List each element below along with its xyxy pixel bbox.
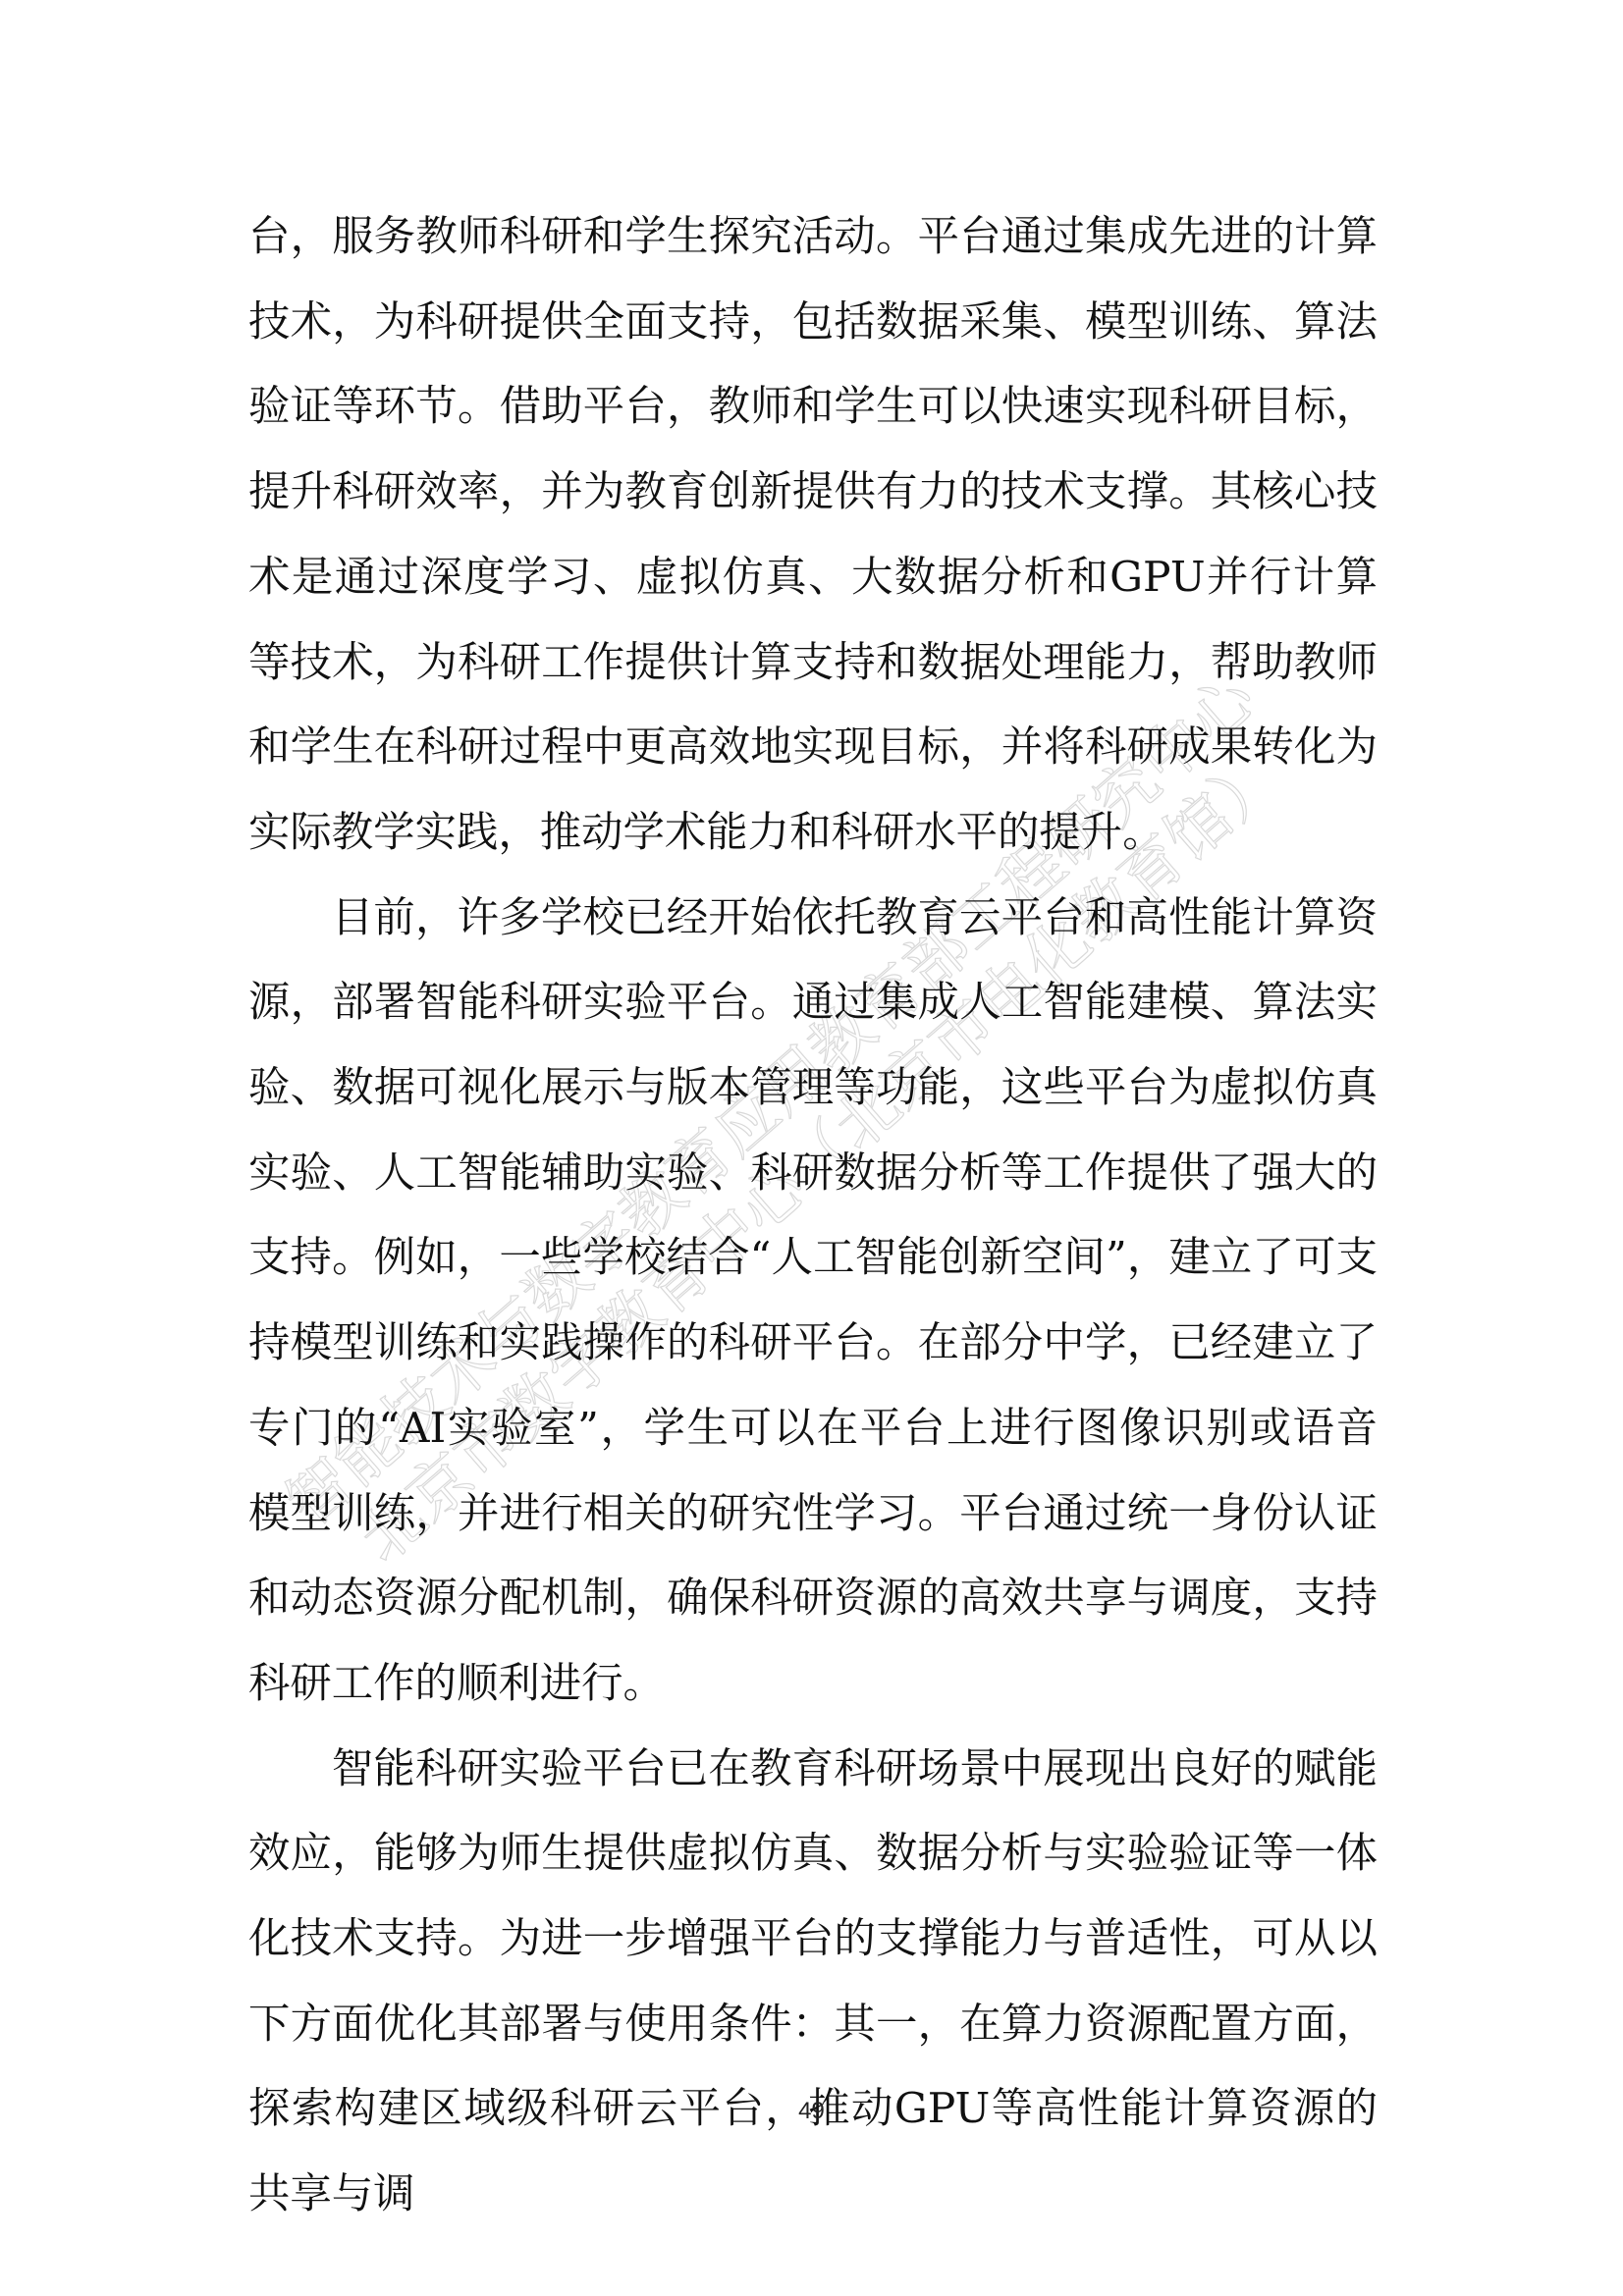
paragraph-1: 台，服务教师科研和学生探究活动。平台通过集成先进的计算技术，为科研提供全面支持，… <box>248 194 1378 876</box>
page-number: 49 <box>0 2098 1623 2125</box>
paragraph-2: 目前，许多学校已经开始依托教育云平台和高性能计算资源，部署智能科研实验平台。通过… <box>248 876 1378 1727</box>
body-text: 台，服务教师科研和学生探究活动。平台通过集成先进的计算技术，为科研提供全面支持，… <box>248 194 1378 2237</box>
paragraph-3: 智能科研实验平台已在教育科研场景中展现出良好的赋能效应，能够为师生提供虚拟仿真、… <box>248 1727 1378 2237</box>
document-page: 智能技术与数字教育应用教育部工程研究中心 北京市数字教育中心（北京市电化教育馆）… <box>0 0 1623 2296</box>
